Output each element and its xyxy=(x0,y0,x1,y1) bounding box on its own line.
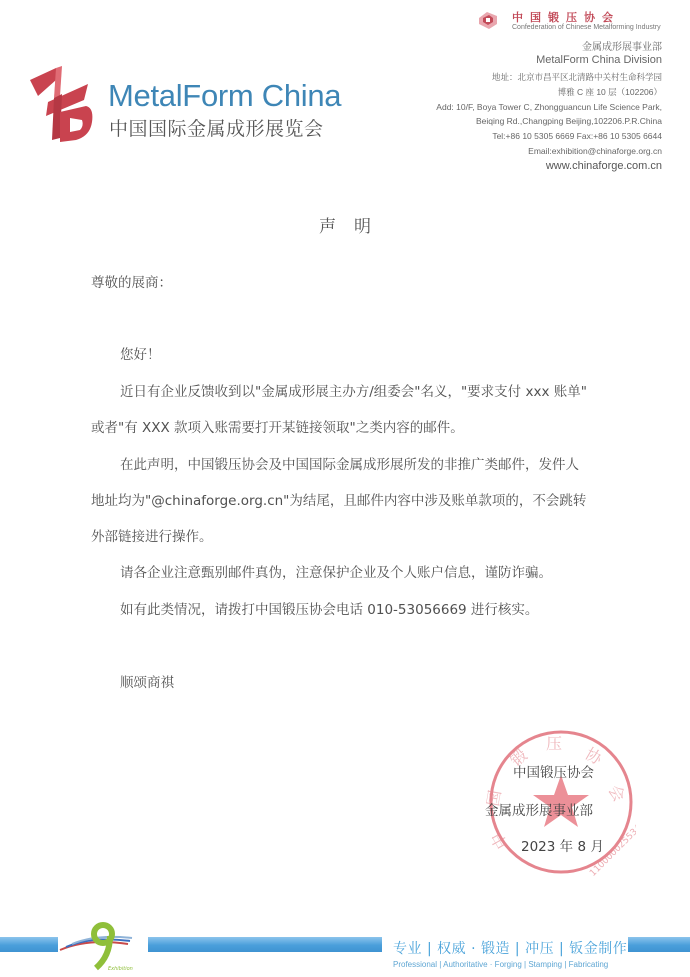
paragraph-1-line-2: 或者"有 XXX 款项入账需要打开某链接领取"之类内容的邮件。 xyxy=(91,421,611,435)
website: www.chinaforge.com.cn xyxy=(546,160,662,172)
footer-bar-right xyxy=(628,937,690,952)
association-logo-icon xyxy=(477,10,499,30)
signature-date: 2023 年 8 月 xyxy=(521,835,604,855)
division-name-cn: 金属成形展事业部 xyxy=(582,38,662,53)
footer-bar-middle xyxy=(148,937,382,952)
address-en-line1: Add: 10/F, Boya Tower C, Zhongguancun Li… xyxy=(436,102,662,112)
paragraph-1-line-1: 近日有企业反馈收到以"金属成形展主办方/组委会"名义，"要求支付 xxx 账单" xyxy=(120,385,640,399)
signature-division: 金属成形展事业部 xyxy=(485,799,593,819)
paragraph-2-line-3: 外部链接进行操作。 xyxy=(91,530,611,544)
email-address: Email:exhibition@chinaforge.org.cn xyxy=(528,146,662,156)
footer-slogan-en: Professional | Authoritative · Forging |… xyxy=(393,960,608,969)
closing: 顺颂商祺 xyxy=(120,676,640,690)
address-en-line2: Beiqing Rd.,Changping Beijing,102206.P.R… xyxy=(476,116,662,126)
paragraph-2-line-2: 地址均为"@chinaforge.org.cn"为结尾，且邮件内容中涉及账单款项… xyxy=(91,494,611,508)
association-name-en: Confederation of Chinese Metalforming In… xyxy=(512,24,661,31)
svg-text:Exhibition: Exhibition xyxy=(108,966,133,972)
brand-name-en: MetalForm China xyxy=(108,78,341,114)
greeting: 您好！ xyxy=(120,348,640,362)
document-title: 声明 xyxy=(0,212,690,237)
paragraph-4: 如有此类情况，请拨打中国锻压协会电话 010-53056669 进行核实。 xyxy=(120,603,640,617)
address-cn-line1: 地址：北京市昌平区北清路中关村生命科学园 xyxy=(492,71,662,83)
metalform-logo-icon xyxy=(26,66,100,144)
svg-text:会: 会 xyxy=(605,782,629,805)
address-cn-line2: 博雅 C 座 10 层（102206） xyxy=(558,86,662,98)
tel-fax: Tel:+86 10 5305 6669 Fax:+86 10 5305 664… xyxy=(492,131,662,141)
ninth-edition-logo-icon: Exhibition xyxy=(58,920,148,976)
paragraph-3: 请各企业注意甄别邮件真伪，注意保护企业及个人账户信息，谨防诈骗。 xyxy=(120,566,640,580)
svg-text:压: 压 xyxy=(546,734,562,753)
association-name-cn: 中国锻压协会 xyxy=(512,9,620,25)
brand-name-cn: 中国国际金属成形展览会 xyxy=(109,114,324,141)
paragraph-2-line-1: 在此声明，中国锻压协会及中国国际金属成形展所发的非推广类邮件，发件人 xyxy=(120,458,640,472)
division-name-en: MetalForm China Division xyxy=(536,54,662,66)
salutation: 尊敬的展商： xyxy=(91,276,611,290)
signature-organization: 中国锻压协会 xyxy=(513,761,594,781)
footer-slogan-cn: 专业 | 权威 · 锻造 | 冲压 | 钣金制作 xyxy=(393,938,627,958)
footer-bar-left xyxy=(0,937,58,952)
